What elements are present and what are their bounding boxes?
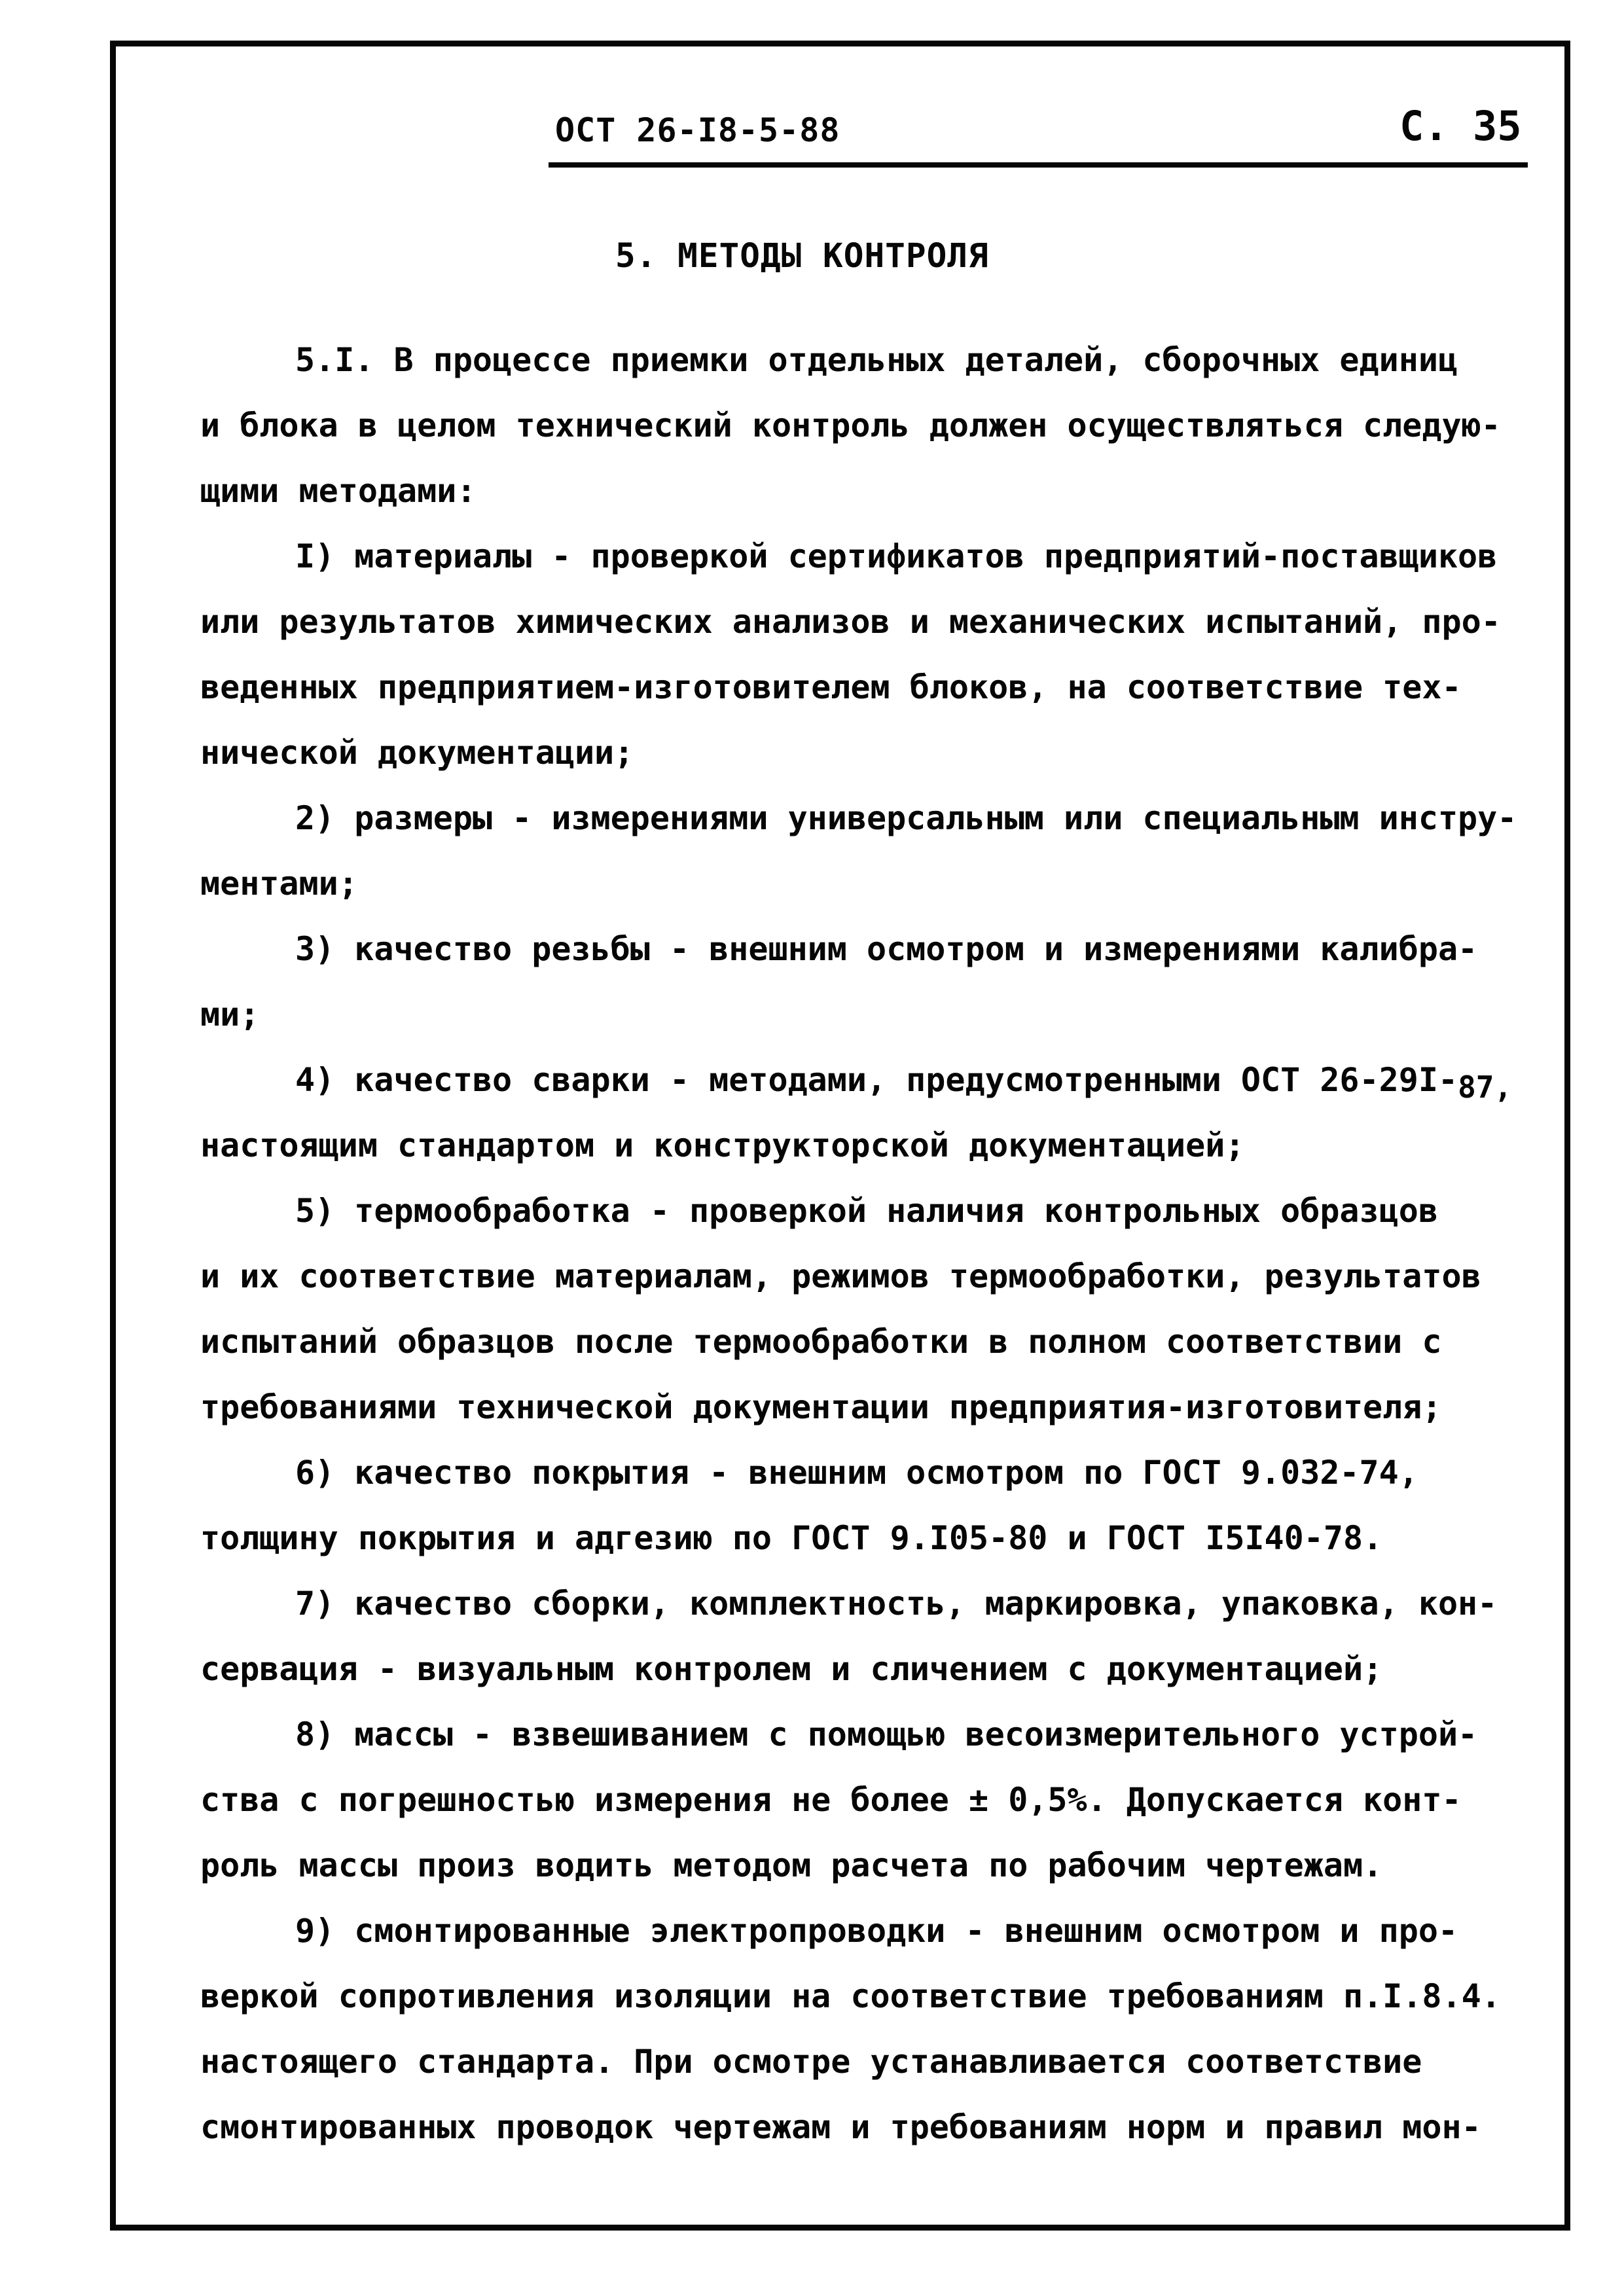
text-line: 6) качество покрытия - внешним осмотром …: [200, 1440, 1549, 1505]
text-line: веркой сопротивления изоляции на соответ…: [200, 1964, 1549, 2029]
text-line: 9) смонтированные электропроводки - внеш…: [200, 1898, 1549, 1964]
text-line: роль массы произ водить методом расчета …: [200, 1833, 1549, 1898]
text-line: I) материалы - проверкой сертификатов пр…: [200, 524, 1549, 589]
header-page-number: С. 35: [1399, 102, 1522, 150]
text-line: 7) качество сборки, комплектность, марки…: [200, 1571, 1549, 1636]
text-line: требованиями технической документации пр…: [200, 1374, 1549, 1440]
text-line: настоящим стандартом и конструкторской д…: [200, 1113, 1549, 1178]
text-line: 4) качество сварки - методами, предусмот…: [200, 1047, 1549, 1113]
text-line: нической документации;: [200, 720, 1549, 785]
document-body: 5.I. В процессе приемки отдельных детале…: [200, 327, 1549, 2160]
text-line: смонтированных проводок чертежам и требо…: [200, 2094, 1549, 2160]
text-line: 8) массы - взвешиванием с помощью весоиз…: [200, 1702, 1549, 1767]
text-line: щими методами:: [200, 458, 1549, 524]
text-line: и их соответствие материалам, режимов те…: [200, 1244, 1549, 1309]
header-standard-number: ОСТ 26-I8-5-88: [555, 111, 840, 149]
text-line: толщину покрытия и адгезию по ГОСТ 9.I05…: [200, 1505, 1549, 1571]
text-line: ства с погрешностью измерения не более ±…: [200, 1767, 1549, 1833]
scanned-document-page: ОСТ 26-I8-5-88 С. 35 5. МЕТОДЫ КОНТРОЛЯ …: [0, 0, 1624, 2296]
text-line: 5) термообработка - проверкой наличия ко…: [200, 1178, 1549, 1244]
text-line: ми;: [200, 982, 1549, 1047]
text-line: ментами;: [200, 851, 1549, 916]
text-line: или результатов химических анализов и ме…: [200, 589, 1549, 655]
text-line-lowered-suffix: 87,: [1458, 1069, 1512, 1105]
section-title: 5. МЕТОДЫ КОНТРОЛЯ: [615, 237, 989, 276]
text-line: 3) качество резьбы - внешним осмотром и …: [200, 916, 1549, 982]
text-line: и блока в целом технический контроль дол…: [200, 393, 1549, 458]
text-line: испытаний образцов после термообработки …: [200, 1309, 1549, 1374]
header-underline: [549, 162, 1528, 168]
text-line: 2) размеры - измерениями универсальным и…: [200, 785, 1549, 851]
text-line: 5.I. В процессе приемки отдельных детале…: [200, 327, 1549, 393]
text-line: сервация - визуальным контролем и сличен…: [200, 1636, 1549, 1702]
text-line: веденных предприятием-изготовителем блок…: [200, 655, 1549, 720]
text-line: настоящего стандарта. При осмотре устана…: [200, 2029, 1549, 2094]
text-line-main: 4) качество сварки - методами, предусмот…: [295, 1061, 1458, 1099]
